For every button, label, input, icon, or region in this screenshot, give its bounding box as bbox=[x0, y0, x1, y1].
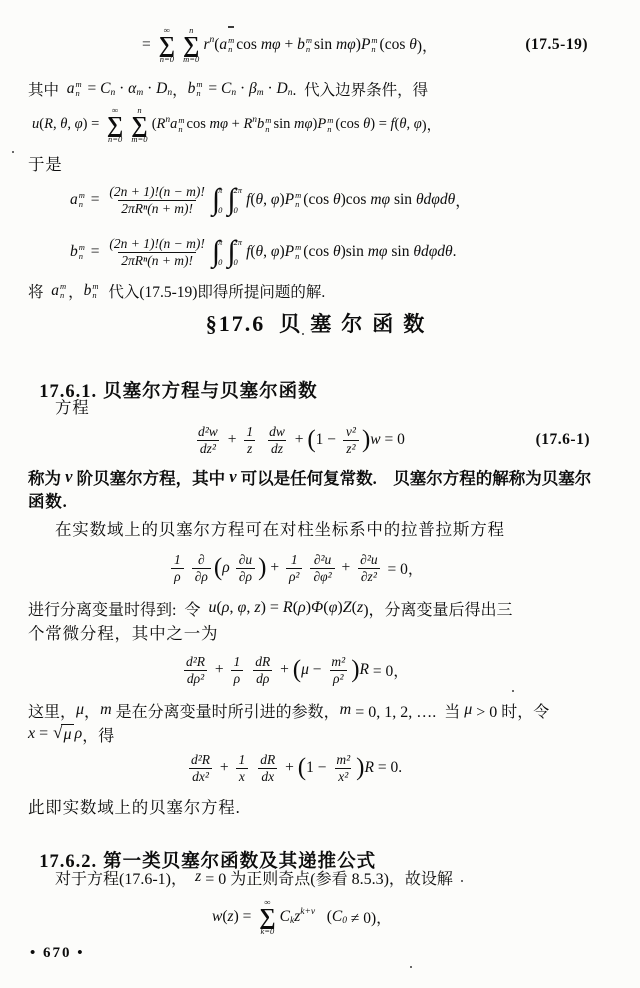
formula-text: , bbox=[407, 116, 414, 133]
formula-text: cos bbox=[187, 116, 210, 133]
substitution-line: x = √μρ，得 bbox=[28, 722, 114, 746]
formula-text: = 0， bbox=[369, 659, 409, 681]
math-variable: x bbox=[28, 725, 35, 743]
integral-upper-limit: π bbox=[218, 238, 222, 247]
math-variable: ν bbox=[229, 467, 236, 487]
text-fangcheng: 方程 bbox=[55, 398, 90, 418]
script-base: P bbox=[361, 36, 370, 54]
math-variable: θ bbox=[256, 191, 264, 209]
fraction-denominator: dz bbox=[268, 440, 286, 457]
math-variable: θ bbox=[363, 116, 370, 133]
integral-limits: π0 bbox=[218, 238, 222, 266]
summation: n∑m=0 bbox=[183, 26, 199, 64]
base-with-scripts: bmn bbox=[84, 282, 101, 300]
fraction-denominator: ρ bbox=[171, 568, 183, 585]
math-variable: D bbox=[277, 80, 288, 98]
math-variable: θ bbox=[333, 243, 341, 261]
integral-lower-limit: 0 bbox=[234, 258, 243, 267]
sigma-symbol: ∑ bbox=[107, 115, 123, 135]
fraction-numerator: (2n + 1)!(n − m)! bbox=[106, 184, 207, 200]
formula-body: 这里，μ，m 是在分离变量时所引进的参数，m = 0, 1, 2, …. 当 μ… bbox=[28, 699, 549, 722]
formula-text: + bbox=[338, 559, 355, 577]
base-with-scripts: amn bbox=[70, 191, 87, 209]
formula-text: )sin bbox=[341, 243, 368, 261]
math-variable: R bbox=[283, 599, 293, 617]
book-page: { "section_header": {"number": "§17.6", … bbox=[0, 0, 640, 988]
scripts-stack: mn bbox=[265, 116, 271, 134]
formula-body: d²Rdρ² + 1ρdRdρ + (μ − m²ρ²)R = 0， bbox=[180, 654, 409, 686]
scripts-stack: mn bbox=[76, 80, 82, 98]
formula-text: = bbox=[87, 243, 104, 261]
fraction-numerator: 1 bbox=[243, 424, 256, 440]
math-variable: R bbox=[243, 116, 252, 133]
radicand: μ bbox=[61, 724, 73, 745]
math-variable: φ bbox=[75, 116, 83, 133]
summation-lower-limit: m=0 bbox=[131, 135, 147, 144]
equation-17-5-19: = ∞∑n=0n∑m=0rn(amncos mφ + bmnsin mφ)Pmn… bbox=[30, 20, 588, 70]
fraction-numerator: 1 bbox=[236, 752, 249, 768]
fraction-denominator: dx bbox=[258, 768, 277, 785]
formula-text: 将 bbox=[28, 280, 51, 302]
fraction: d²Rdx² bbox=[188, 752, 213, 784]
scripts-stack: mn bbox=[295, 243, 301, 261]
math-variable: u bbox=[32, 116, 39, 133]
math-variable: C bbox=[280, 908, 290, 926]
subscript: n bbox=[178, 125, 182, 134]
script-base: b bbox=[70, 243, 78, 261]
fraction-denominator: x² bbox=[335, 768, 351, 785]
subscript: n bbox=[92, 291, 96, 300]
math-variable: θ bbox=[399, 116, 406, 133]
formula-text: (cos bbox=[380, 36, 410, 54]
subscript: n bbox=[167, 88, 172, 98]
subscript: n bbox=[371, 45, 375, 54]
math-variable: C bbox=[332, 908, 342, 926]
math-variable: R bbox=[365, 759, 374, 777]
formula-text: ， bbox=[455, 189, 471, 211]
formula-body: 1ρ∂∂ρ(ρ∂u∂ρ) + 1ρ²∂²u∂φ² + ∂²u∂z² = 0， bbox=[168, 552, 423, 584]
fraction: dRdx bbox=[257, 752, 278, 784]
summation: n∑m=0 bbox=[131, 106, 147, 144]
formula-text: , bbox=[263, 243, 271, 261]
solution-remark-line: 将 amn，bmn 代入(17.5-19)即得所提问题的解. bbox=[28, 278, 630, 304]
equation-number: (17.6-1) bbox=[536, 431, 590, 449]
scripts-stack: mn bbox=[178, 116, 184, 134]
base-with-scripts: amn bbox=[67, 80, 84, 98]
formula-text: ( bbox=[315, 908, 332, 926]
formula-text: (cos bbox=[335, 116, 363, 133]
subscript: n bbox=[60, 291, 64, 300]
fraction: ν²z² bbox=[343, 424, 359, 456]
fraction-denominator: ∂ρ bbox=[192, 568, 211, 585]
subscript: 0 bbox=[342, 916, 347, 926]
integral: ∫2π0 bbox=[227, 186, 245, 214]
math-variable: mφ bbox=[370, 191, 390, 209]
sigma-symbol: ∑ bbox=[159, 35, 175, 55]
base-with-scripts: Pmn bbox=[285, 191, 304, 209]
math-variable: μ bbox=[464, 701, 472, 719]
formula-text: 是在分离变量时所引进的参数， bbox=[112, 699, 340, 722]
integral-upper-limit: 2π bbox=[234, 238, 243, 247]
subscript: n bbox=[228, 45, 232, 54]
bessel-definition-line2: 函数. bbox=[28, 492, 68, 512]
fraction-numerator: ∂²u bbox=[311, 552, 334, 568]
formula-text: 进行分离变量时得到: 令 bbox=[28, 597, 208, 620]
subscript: n bbox=[79, 200, 83, 209]
math-variable: θdφdθ bbox=[416, 191, 455, 209]
formula-body: 对于方程(17.6-1)， z = 0 为正则奇点(参看 8.5.3)，故设解 bbox=[55, 866, 453, 889]
fraction-numerator: d²w bbox=[195, 424, 221, 440]
subscript: n bbox=[327, 125, 331, 134]
fraction: m²ρ² bbox=[328, 654, 348, 686]
formula-body: d²Rdx² + 1xdRdx + (1 − m²x²)R = 0. bbox=[185, 752, 402, 784]
formula-text: )，分离变量后得出三 bbox=[363, 597, 512, 620]
formula-text: 称为 bbox=[28, 465, 65, 489]
math-variable: u bbox=[208, 599, 216, 617]
math-variable: m bbox=[100, 701, 112, 719]
formula-body: x = √μρ，得 bbox=[28, 723, 114, 746]
scripts-stack: mn bbox=[79, 243, 85, 261]
formula-text: sin bbox=[314, 36, 336, 54]
fraction: m²x² bbox=[333, 752, 353, 784]
a-coefficient-formula: amn = (2n + 1)!(n − m)!2πRⁿ(n + m)!∫π0∫2… bbox=[70, 176, 630, 224]
integral-limits: π0 bbox=[218, 186, 222, 214]
fraction: 1ρ bbox=[231, 654, 244, 686]
fraction-denominator: ρ bbox=[231, 670, 243, 687]
formula-text: > 0 时，令 bbox=[472, 699, 549, 722]
fraction: d²Rdρ² bbox=[183, 654, 208, 686]
scan-speck bbox=[410, 966, 412, 968]
math-variable: mφ bbox=[368, 243, 388, 261]
fraction-numerator: 1 bbox=[231, 654, 244, 670]
formula-body: amn = (2n + 1)!(n − m)!2πRⁿ(n + m)!∫π0∫2… bbox=[70, 184, 471, 216]
fraction: ∂u∂ρ bbox=[236, 552, 255, 584]
math-variable: φ bbox=[237, 599, 246, 617]
formula-text: . 代入边界条件，得 bbox=[292, 78, 428, 100]
fraction-denominator: dρ bbox=[253, 670, 272, 687]
math-variable: m bbox=[340, 701, 352, 719]
summation: ∞∑n=0 bbox=[159, 26, 175, 64]
subscript: n bbox=[265, 125, 269, 134]
fraction-numerator: 1 bbox=[171, 552, 184, 568]
base-with-scripts: amn bbox=[170, 116, 186, 134]
subscript: n bbox=[288, 88, 293, 98]
math-variable: mφ bbox=[294, 116, 313, 133]
formula-text: sin bbox=[273, 116, 294, 133]
fraction-denominator: x bbox=[236, 768, 248, 785]
fraction-denominator: dx² bbox=[189, 768, 212, 785]
formula-text: , bbox=[229, 599, 237, 617]
fraction: 1ρ bbox=[171, 552, 184, 584]
formula-text: ) = bbox=[234, 908, 256, 926]
formula-text: )cos bbox=[341, 191, 371, 209]
formula-text: cos bbox=[236, 36, 261, 54]
formula-text: )， bbox=[417, 34, 438, 56]
integral: ∫π0 bbox=[212, 186, 225, 214]
superscript: k+ν bbox=[300, 907, 315, 917]
scan-speck bbox=[461, 880, 463, 882]
formula-body: = ∞∑n=0n∑m=0rn(amncos mφ + bmnsin mφ)Pmn… bbox=[142, 26, 438, 64]
formula-text: · bbox=[143, 80, 156, 98]
base-with-scripts: Pmn bbox=[361, 36, 380, 54]
math-variable: R bbox=[360, 661, 369, 679]
math-variable: φ bbox=[329, 599, 338, 617]
formula-text: )， bbox=[422, 114, 441, 135]
script-base: b bbox=[84, 282, 92, 300]
math-variable: θ bbox=[60, 116, 67, 133]
formula-text: 阶贝塞尔方程，其中 bbox=[72, 465, 229, 489]
script-base: a bbox=[67, 80, 75, 98]
formula-text: = 0, 1, 2, …. 当 bbox=[351, 699, 464, 722]
formula-text: 这里， bbox=[28, 699, 76, 722]
superscript: n bbox=[252, 115, 257, 125]
summation-lower-limit: n=0 bbox=[160, 55, 174, 64]
sigma-symbol: ∑ bbox=[183, 35, 199, 55]
formula-text: + bbox=[281, 759, 298, 777]
text-yushi: 于是 bbox=[28, 155, 63, 175]
scripts-stack: mn bbox=[196, 80, 202, 98]
fraction-numerator: dw bbox=[266, 424, 288, 440]
math-variable: φ bbox=[271, 243, 280, 261]
formula-text: (cos bbox=[303, 191, 333, 209]
subscript: n bbox=[295, 200, 299, 209]
subscript: m bbox=[257, 88, 264, 98]
integral-lower-limit: 0 bbox=[218, 258, 222, 267]
math-variable: w bbox=[370, 431, 380, 449]
math-variable: mφ bbox=[210, 116, 229, 133]
b-coefficient-formula: bmn = (2n + 1)!(n − m)!2πRⁿ(n + m)!∫π0∫2… bbox=[70, 228, 630, 276]
formula-text: 其中 bbox=[28, 78, 67, 100]
formula-text: ，得 bbox=[82, 723, 114, 746]
regular-singular-point-line: 对于方程(17.6-1)， z = 0 为正则奇点(参看 8.5.3)，故设解 bbox=[55, 864, 632, 890]
math-variable: mφ bbox=[336, 36, 356, 54]
fraction-numerator: dR bbox=[252, 654, 273, 670]
boundary-condition-equation: u(R, θ, φ) = ∞∑n=0n∑m=0(Rnamncos mφ + Rn… bbox=[32, 100, 634, 150]
fraction: 1x bbox=[236, 752, 249, 784]
math-variable: β bbox=[249, 80, 257, 98]
fraction-numerator: (2n + 1)!(n − m)! bbox=[106, 236, 207, 252]
math-variable: ρ bbox=[222, 599, 230, 617]
scripts-stack: mn bbox=[60, 282, 66, 300]
square-root: √μ bbox=[53, 724, 73, 745]
formula-text: 可以是任何复常数. 贝塞尔方程的解称为贝塞尔 bbox=[237, 465, 592, 489]
script-base: P bbox=[285, 243, 294, 261]
formula-text: ) = bbox=[261, 599, 283, 617]
math-variable: μ bbox=[301, 661, 309, 679]
formula-text: , bbox=[53, 116, 60, 133]
base-with-scripts: Pmn bbox=[285, 243, 304, 261]
radial-ode-rho: d²Rdρ² + 1ρdRdρ + (μ − m²ρ²)R = 0， bbox=[180, 646, 409, 694]
math-variable: w bbox=[212, 908, 222, 926]
equation-number: (17.5-19) bbox=[525, 36, 588, 54]
math-variable: Φ bbox=[311, 599, 323, 617]
integral-lower-limit: 0 bbox=[218, 206, 222, 215]
summation-lower-limit: n=0 bbox=[108, 135, 122, 144]
script-base: a bbox=[170, 116, 177, 133]
math-variable: R bbox=[44, 116, 53, 133]
formula-body: 称为 ν 阶贝塞尔方程，其中 ν 可以是任何复常数. 贝塞尔方程的解称为贝塞尔 bbox=[28, 465, 591, 489]
base-with-scripts: bmn bbox=[188, 80, 205, 98]
page-number: • 670 • bbox=[30, 945, 85, 962]
ode-intro-line: 个常微分程，其中之一为 bbox=[28, 624, 218, 644]
superscript: n bbox=[165, 115, 170, 125]
integral-upper-limit: 2π bbox=[234, 186, 243, 195]
script-base: b bbox=[297, 36, 305, 54]
math-variable: C bbox=[100, 80, 110, 98]
math-variable: θ bbox=[333, 191, 341, 209]
formula-body: w(z) = ∞∑k=0Ckzk+ν (C0 ≠ 0)， bbox=[212, 898, 392, 936]
subscript: k bbox=[290, 916, 294, 926]
parameters-line: 这里，μ，m 是在分离变量时所引进的参数，m = 0, 1, 2, …. 当 μ… bbox=[28, 697, 632, 723]
math-variable: mφ bbox=[261, 36, 281, 54]
formula-text: = 0， bbox=[384, 557, 424, 579]
summation-lower-limit: m=0 bbox=[183, 55, 199, 64]
formula-text: (cos bbox=[303, 243, 333, 261]
formula-text: + bbox=[224, 431, 241, 449]
scripts-stack: mn bbox=[92, 282, 98, 300]
math-variable: α bbox=[128, 80, 136, 98]
formula-text: . bbox=[453, 243, 457, 261]
formula-body: 将 amn，bmn 代入(17.5-19)即得所提问题的解. bbox=[28, 280, 325, 302]
bessel-definition-line1: 称为 ν 阶贝塞尔方程，其中 ν 可以是任何复常数. 贝塞尔方程的解称为贝塞尔 bbox=[28, 464, 632, 490]
subscript: m bbox=[136, 88, 143, 98]
subscript: n bbox=[76, 89, 80, 98]
formula-text: + bbox=[228, 116, 243, 133]
fraction-denominator: ρ² bbox=[286, 568, 303, 585]
base-with-scripts: Pmn bbox=[317, 116, 335, 134]
math-variable: φ bbox=[271, 191, 280, 209]
fraction-numerator: m² bbox=[328, 654, 348, 670]
fraction: 1ρ² bbox=[286, 552, 303, 584]
fraction: dwdz bbox=[266, 424, 288, 456]
fraction-denominator: 2πRⁿ(n + m)! bbox=[118, 200, 196, 217]
base-with-scripts: amn bbox=[51, 282, 68, 300]
fraction-numerator: d²R bbox=[188, 752, 213, 768]
formula-text: = bbox=[87, 191, 104, 209]
fraction: (2n + 1)!(n − m)!2πRⁿ(n + m)! bbox=[106, 184, 207, 216]
scan-speck bbox=[512, 690, 514, 692]
series-solution-equation: w(z) = ∞∑k=0Ckzk+ν (C0 ≠ 0)， bbox=[212, 890, 392, 944]
bessel-equation-17-6-1: d²wdz² + 1zdwdz + (1 − ν²z²)w = 0 (17.6-… bbox=[30, 416, 590, 464]
fraction-denominator: ∂ρ bbox=[236, 568, 255, 585]
math-variable: ν bbox=[65, 467, 72, 487]
script-base: P bbox=[285, 191, 294, 209]
scan-speck bbox=[228, 26, 234, 28]
subscript: n bbox=[196, 89, 200, 98]
fraction-numerator: ν² bbox=[343, 424, 359, 440]
math-variable: θ bbox=[256, 243, 264, 261]
base-with-scripts: bmn bbox=[70, 243, 87, 261]
scan-speck bbox=[12, 151, 14, 153]
subsection-17-6-1: 17.6.1.贝塞尔方程与贝塞尔函数 bbox=[28, 356, 318, 403]
base-with-scripts: bmn bbox=[297, 36, 314, 54]
formula-text: = 0. bbox=[374, 759, 402, 777]
subscript: n bbox=[111, 88, 116, 98]
coefficients-definition-line: 其中 amn = Cn · αm · Dn，bmn = Cn · βm · Dn… bbox=[28, 76, 630, 102]
fraction: 1z bbox=[243, 424, 256, 456]
formula-text: = 0 bbox=[381, 431, 405, 449]
formula-text: ≠ 0)， bbox=[347, 906, 392, 928]
sigma-symbol: ∑ bbox=[131, 115, 147, 135]
laplace-equation: 1ρ∂∂ρ(ρ∂u∂ρ) + 1ρ²∂²u∂φ² + ∂²u∂z² = 0， bbox=[168, 543, 423, 593]
formula-text: = bbox=[142, 36, 155, 54]
scripts-stack: mn bbox=[371, 36, 377, 54]
formula-text: + bbox=[216, 759, 233, 777]
formula-text: , bbox=[67, 116, 74, 133]
script-base: a bbox=[51, 282, 59, 300]
formula-text: 对于方程(17.6-1)， bbox=[55, 866, 195, 889]
fraction-denominator: ∂φ² bbox=[310, 568, 334, 585]
fraction-numerator: m² bbox=[333, 752, 353, 768]
integral-limits: 2π0 bbox=[234, 186, 243, 214]
math-variable: C bbox=[221, 80, 231, 98]
formula-text: ， bbox=[84, 699, 100, 722]
superscript: n bbox=[209, 35, 214, 45]
formula-text: = bbox=[35, 725, 52, 743]
formula-text: 1 − bbox=[306, 759, 330, 777]
base-with-scripts: bmn bbox=[257, 116, 273, 134]
base-with-scripts: amn bbox=[219, 36, 236, 54]
formula-text: ， bbox=[172, 78, 188, 100]
formula-text: ) = bbox=[83, 116, 103, 133]
integral: ∫π0 bbox=[212, 238, 225, 266]
formula-text: − bbox=[309, 661, 326, 679]
math-variable: θdφdθ bbox=[413, 243, 452, 261]
script-base: P bbox=[317, 116, 326, 133]
formula-text: = bbox=[84, 80, 101, 98]
formula-text: · bbox=[264, 80, 277, 98]
fraction-numerator: d²R bbox=[183, 654, 208, 670]
math-variable: ρ bbox=[75, 725, 83, 743]
fraction-denominator: z bbox=[244, 440, 255, 457]
formula-text: , bbox=[263, 191, 271, 209]
section-header-17-6: §17.6贝塞尔函数 bbox=[0, 308, 640, 338]
formula-text: + bbox=[266, 559, 283, 577]
scripts-stack: mn bbox=[79, 191, 85, 209]
math-variable: θ bbox=[409, 36, 417, 54]
fraction-numerator: 1 bbox=[288, 552, 301, 568]
script-base: b bbox=[257, 116, 264, 133]
formula-text: · bbox=[236, 80, 249, 98]
fraction-numerator: dR bbox=[257, 752, 278, 768]
fraction: d²wdz² bbox=[195, 424, 221, 456]
scripts-stack: mn bbox=[228, 36, 234, 54]
math-variable: ρ bbox=[298, 599, 306, 617]
fraction: (2n + 1)!(n − m)!2πRⁿ(n + m)! bbox=[106, 236, 207, 268]
scan-speck bbox=[302, 333, 304, 335]
scripts-stack: mn bbox=[295, 191, 301, 209]
fraction-denominator: ∂z² bbox=[358, 568, 380, 585]
math-variable: D bbox=[156, 80, 167, 98]
integral-limits: 2π0 bbox=[234, 238, 243, 266]
formula-body: d²wdz² + 1zdwdz + (1 − ν²z²)w = 0 bbox=[192, 424, 405, 456]
integral: ∫2π0 bbox=[227, 238, 245, 266]
formula-text: sin bbox=[390, 191, 416, 209]
summation: ∞∑n=0 bbox=[107, 106, 123, 144]
formula-body: 进行分离变量时得到: 令 u(ρ, φ, z) = R(ρ)Φ(φ)Z(z)，分… bbox=[28, 597, 513, 620]
math-variable: ρ bbox=[222, 559, 229, 577]
subsection-title: 贝塞尔方程与贝塞尔函数 bbox=[103, 382, 318, 402]
formula-text: sin bbox=[388, 243, 414, 261]
scripts-stack: mn bbox=[327, 116, 333, 134]
fraction-numerator: ∂²u bbox=[357, 552, 380, 568]
formula-text: + bbox=[276, 661, 293, 679]
subscript: n bbox=[79, 252, 83, 261]
formula-body: bmn = (2n + 1)!(n − m)!2πRⁿ(n + m)!∫π0∫2… bbox=[70, 236, 457, 268]
fraction: ∂²u∂z² bbox=[357, 552, 380, 584]
math-variable: φ bbox=[414, 116, 422, 133]
laplace-intro-line: 在实数域上的贝塞尔方程可在对柱坐标系中的拉普拉斯方程 bbox=[55, 520, 505, 540]
